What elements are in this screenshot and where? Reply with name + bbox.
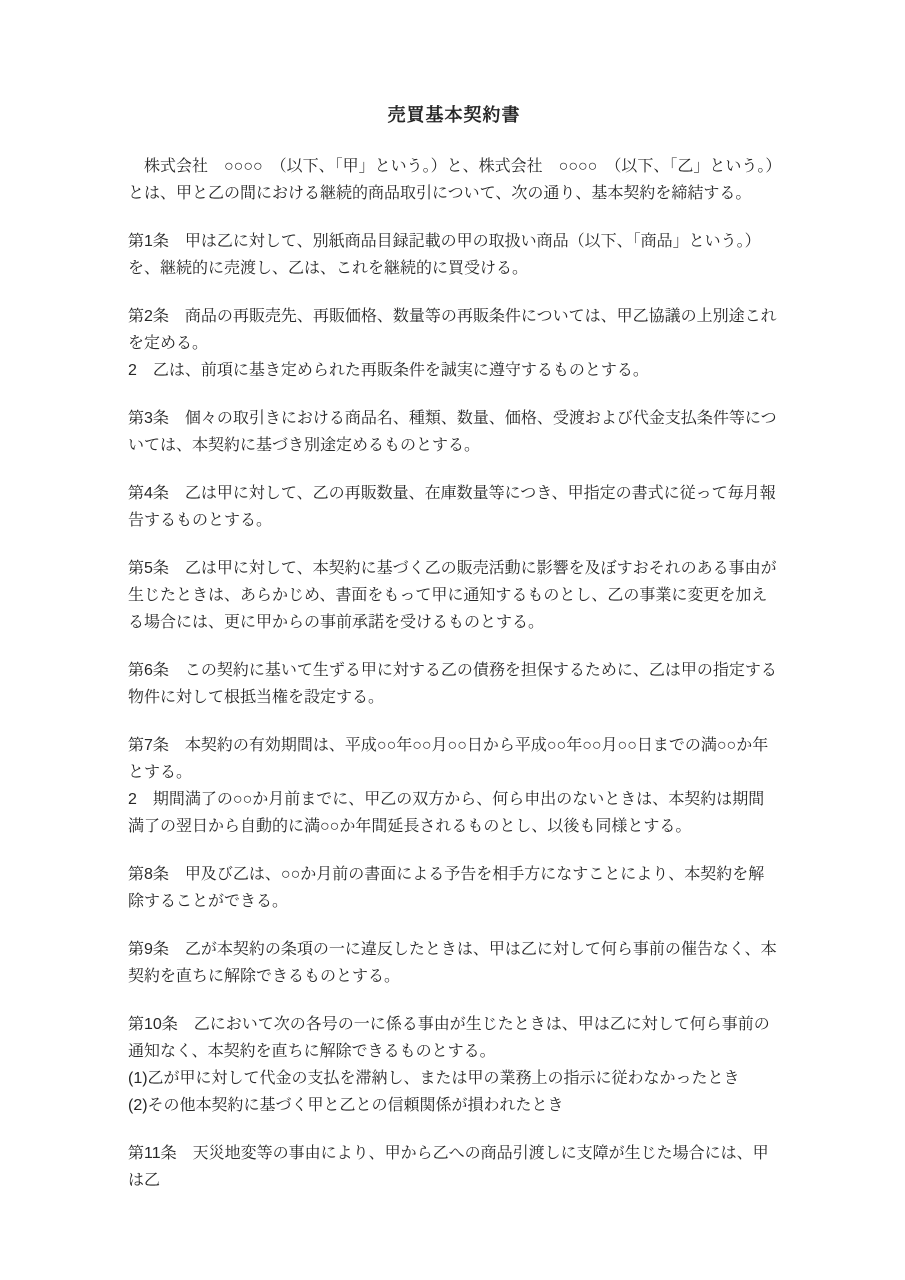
- document-title: 売買基本契約書: [128, 102, 780, 129]
- article-10: 第10条 乙において次の各号の一に係る事由が生じたときは、甲は乙に対して何ら事前…: [128, 1011, 780, 1119]
- article-9: 第9条 乙が本契約の条項の一に違反したときは、甲は乙に対して何ら事前の催告なく、…: [128, 936, 780, 990]
- article-11-text: 第11条 天災地変等の事由により、甲から乙への商品引渡しに支障が生じた場合には、…: [128, 1140, 780, 1194]
- article-3-text: 第3条 個々の取引きにおける商品名、種類、数量、価格、受渡および代金支払条件等に…: [128, 405, 780, 459]
- article-8-text: 第8条 甲及び乙は、○○か月前の書面による予告を相手方になすことにより、本契約を…: [128, 861, 780, 915]
- article-2: 第2条 商品の再販売先、再販価格、数量等の再販条件については、甲乙協議の上別途こ…: [128, 303, 780, 384]
- article-9-text: 第9条 乙が本契約の条項の一に違反したときは、甲は乙に対して何ら事前の催告なく、…: [128, 936, 780, 990]
- article-7-text: 第7条 本契約の有効期間は、平成○○年○○月○○日から平成○○年○○月○○日まで…: [128, 732, 780, 786]
- article-2-clause-2: 2 乙は、前項に基き定められた再販条件を誠実に遵守するものとする。: [128, 357, 780, 384]
- article-2-text: 第2条 商品の再販売先、再販価格、数量等の再販条件については、甲乙協議の上別途こ…: [128, 303, 780, 357]
- article-6: 第6条 この契約に基いて生ずる甲に対する乙の債務を担保するために、乙は甲の指定す…: [128, 657, 780, 711]
- article-5-text: 第5条 乙は甲に対して、本契約に基づく乙の販売活動に影響を及ぼすおそれのある事由…: [128, 555, 780, 636]
- article-6-text: 第6条 この契約に基いて生ずる甲に対する乙の債務を担保するために、乙は甲の指定す…: [128, 657, 780, 711]
- article-7: 第7条 本契約の有効期間は、平成○○年○○月○○日から平成○○年○○月○○日まで…: [128, 732, 780, 840]
- article-10-text: 第10条 乙において次の各号の一に係る事由が生じたときは、甲は乙に対して何ら事前…: [128, 1011, 780, 1065]
- article-1-text: 第1条 甲は乙に対して、別紙商品目録記載の甲の取扱い商品（以下、「商品」という。…: [128, 228, 780, 282]
- article-7-clause-2: 2 期間満了の○○か月前までに、甲乙の双方から、何ら申出のないときは、本契約は期…: [128, 786, 780, 840]
- article-4-text: 第4条 乙は甲に対して、乙の再販数量、在庫数量等につき、甲指定の書式に従って毎月…: [128, 480, 780, 534]
- contract-document-page: 売買基本契約書 株式会社 ○○○○ （以下、「甲」という。）と、株式会社 ○○○…: [0, 0, 905, 1280]
- intro-paragraph: 株式会社 ○○○○ （以下、「甲」という。）と、株式会社 ○○○○ （以下、「乙…: [128, 153, 780, 207]
- article-3: 第3条 個々の取引きにおける商品名、種類、数量、価格、受渡および代金支払条件等に…: [128, 405, 780, 459]
- article-5: 第5条 乙は甲に対して、本契約に基づく乙の販売活動に影響を及ぼすおそれのある事由…: [128, 555, 780, 636]
- intro-block: 株式会社 ○○○○ （以下、「甲」という。）と、株式会社 ○○○○ （以下、「乙…: [128, 153, 780, 207]
- article-4: 第4条 乙は甲に対して、乙の再販数量、在庫数量等につき、甲指定の書式に従って毎月…: [128, 480, 780, 534]
- article-11: 第11条 天災地変等の事由により、甲から乙への商品引渡しに支障が生じた場合には、…: [128, 1140, 780, 1194]
- article-10-item-1: (1)乙が甲に対して代金の支払を滞納し、または甲の業務上の指示に従わなかったとき: [128, 1065, 780, 1092]
- article-1: 第1条 甲は乙に対して、別紙商品目録記載の甲の取扱い商品（以下、「商品」という。…: [128, 228, 780, 282]
- article-8: 第8条 甲及び乙は、○○か月前の書面による予告を相手方になすことにより、本契約を…: [128, 861, 780, 915]
- article-10-item-2: (2)その他本契約に基づく甲と乙との信頼関係が損われたとき: [128, 1092, 780, 1119]
